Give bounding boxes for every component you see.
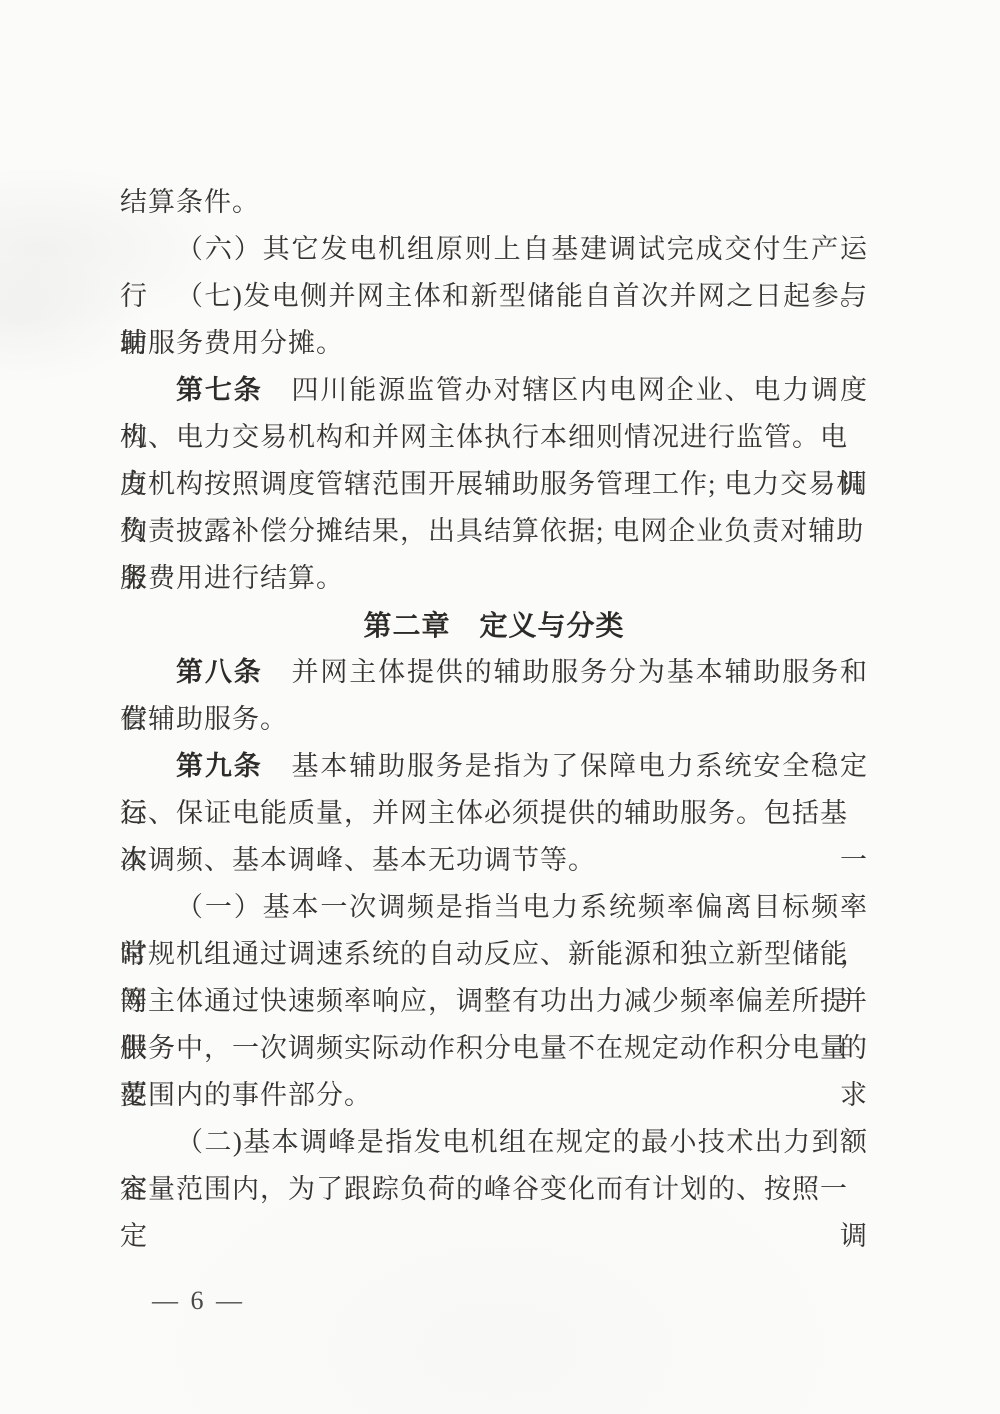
document-line: 度机构按照调度管辖范围开展辅助服务管理工作; 电力交易机构 bbox=[120, 461, 868, 508]
document-line: 服务中，一次调频实际动作积分电量不在规定动作积分电量要求 bbox=[120, 1025, 868, 1072]
document-line: 第八条 并网主体提供的辅助服务分为基本辅助服务和有 bbox=[120, 649, 868, 696]
document-line: 务费用进行结算。 bbox=[120, 555, 868, 602]
line-text: 第二章 定义与分类 bbox=[363, 610, 624, 641]
line-text: 容量范围内，为了跟踪负荷的峰谷变化而有计划的、按照一定调 bbox=[120, 1174, 868, 1251]
page-footer: — 6 — bbox=[152, 1286, 245, 1316]
document-line: 网主体通过快速频率响应，调整有功出力减少频率偏差所提供的 bbox=[120, 978, 868, 1025]
document-line: （二)基本调峰是指发电机组在规定的最小技术出力到额定 bbox=[120, 1119, 868, 1166]
document-line: 助服务费用分摊。 bbox=[120, 320, 868, 367]
document-line: （七)发电侧并网主体和新型储能自首次并网之日起参与辅 bbox=[120, 273, 868, 320]
document-line: 容量范围内，为了跟踪负荷的峰谷变化而有计划的、按照一定调 bbox=[120, 1166, 868, 1213]
line-text: 结算条件。 bbox=[120, 187, 260, 217]
document-line: 结算条件。 bbox=[120, 179, 868, 226]
article-number: 第九条 bbox=[176, 751, 263, 781]
document-line: 偿辅助服务。 bbox=[120, 696, 868, 743]
document-line: 常规机组通过调速系统的自动反应、新能源和独立新型储能等并 bbox=[120, 931, 868, 978]
document-line: （六）其它发电机组原则上自基建调试完成交付生产运行。 bbox=[120, 226, 868, 273]
article-number: 第七条 bbox=[176, 375, 263, 405]
chapter-heading: 第二章 定义与分类 bbox=[120, 602, 868, 649]
article-number: 第八条 bbox=[176, 657, 263, 687]
line-text: 务费用进行结算。 bbox=[120, 563, 344, 593]
line-text: 偿辅助服务。 bbox=[120, 704, 288, 734]
page-number: — 6 — bbox=[152, 1286, 245, 1315]
document-line: 第七条 四川能源监管办对辖区内电网企业、电力调度机 bbox=[120, 367, 868, 414]
document-line: （一）基本一次调频是指当电力系统频率偏离目标频率时， bbox=[120, 884, 868, 931]
document-line: 构、电力交易机构和并网主体执行本细则情况进行监管。电力调 bbox=[120, 414, 868, 461]
document-line: 负责披露补偿分摊结果，出具结算依据; 电网企业负责对辅助服 bbox=[120, 508, 868, 555]
document-line: 行、保证电能质量，并网主体必须提供的辅助服务。包括基本一 bbox=[120, 790, 868, 837]
line-text: 助服务费用分摊。 bbox=[120, 328, 344, 358]
document-line: 第九条 基本辅助服务是指为了保障电力系统安全稳定运 bbox=[120, 743, 868, 790]
line-text: 次调频、基本调峰、基本无功调节等。 bbox=[120, 845, 596, 875]
document-body: 结算条件。（六）其它发电机组原则上自基建调试完成交付生产运行。（七)发电侧并网主… bbox=[120, 179, 868, 1213]
line-text: 范围内的事件部分。 bbox=[120, 1080, 372, 1110]
